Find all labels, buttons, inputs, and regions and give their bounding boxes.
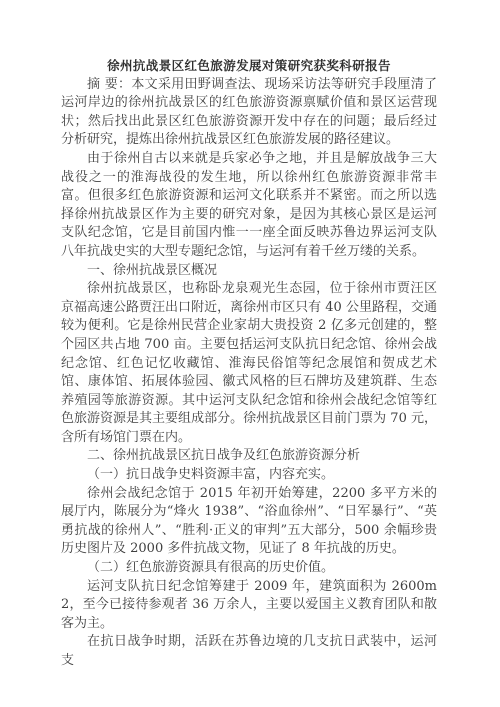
final-paragraph: 在抗日战争时期，活跃在苏鲁边境的几支抗日武装中，运河支 <box>61 633 437 670</box>
section-2-heading: 二、徐州抗战景区抗日战争及红色旅游资源分析 <box>61 447 437 466</box>
section-1-heading: 一、徐州抗战景区概况 <box>61 262 437 281</box>
section-2-2-heading: （二）红色旅游资源具有很高的历史价值。 <box>61 559 437 578</box>
intro-paragraph: 由于徐州自古以来就是兵家必争之地，并且是解放战争三大战役之一的淮海战役的发生地，… <box>61 150 437 262</box>
document-title: 徐州抗战景区红色旅游发展对策研究获奖科研报告 <box>61 57 437 76</box>
section-2-2-paragraph: 运河支队抗日纪念馆筹建于 2009 年，建筑面积为 2600m2，至今已接待参观… <box>61 578 437 634</box>
abstract-paragraph: 摘 要：本文采用田野调查法、现场采访法等研究手段厘清了运河岸边的徐州抗战景区的红… <box>61 76 437 150</box>
section-2-1-heading: （一）抗日战争史料资源丰富，内容充实。 <box>61 466 437 485</box>
section-2-1-paragraph: 徐州会战纪念馆于 2015 年初开始筹建，2200 多平方米的展厅内，陈展分为“… <box>61 485 437 559</box>
document-page: 徐州抗战景区红色旅游发展对策研究获奖科研报告 摘 要：本文采用田野调查法、现场采… <box>61 57 437 671</box>
section-1-paragraph: 徐州抗战景区，也称卧龙泉观光生态园，位于徐州市贾汪区京福高速公路贾汪出口附近，离… <box>61 280 437 447</box>
